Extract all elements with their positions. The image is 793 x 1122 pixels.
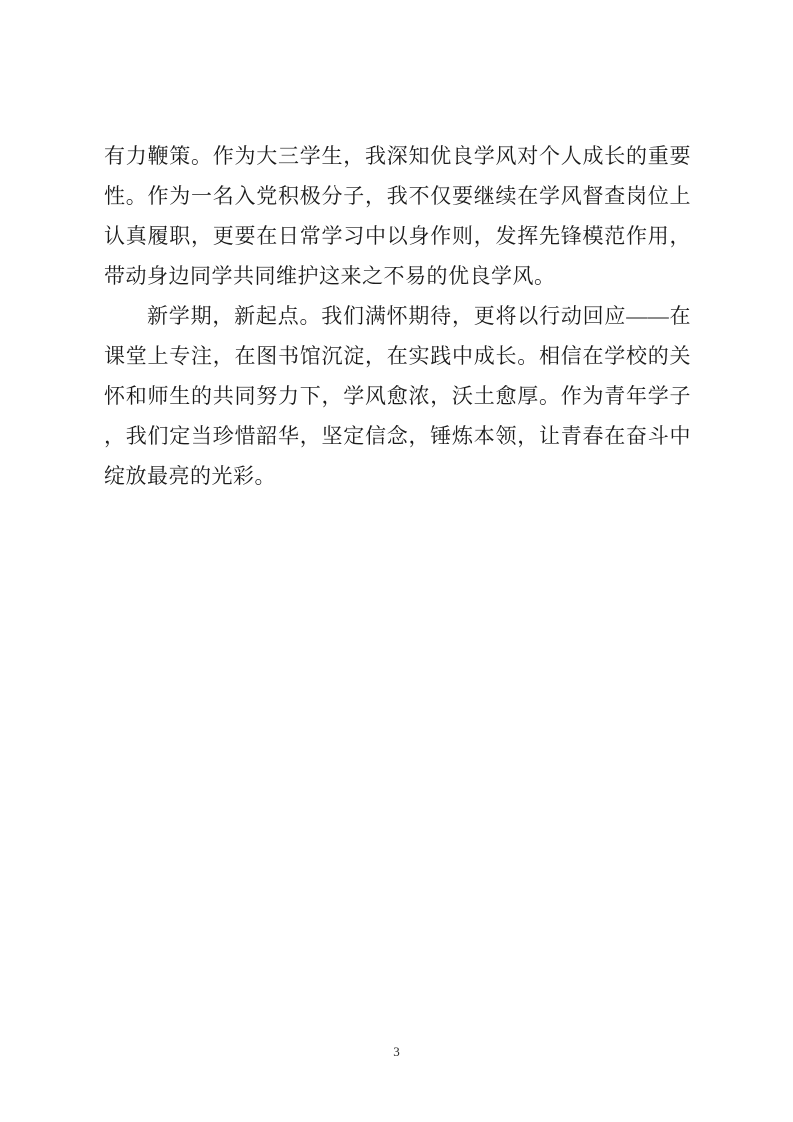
page-number: 3 xyxy=(393,1044,400,1059)
text-line: 性。作为一名入党积极分子，我不仅要继续在学风督查岗位上 xyxy=(104,176,691,216)
text-line: 认真履职，更要在日常学习中以身作则，发挥先锋模范作用， xyxy=(104,216,691,256)
text-line: 带动身边同学共同维护这来之不易的优良学风。 xyxy=(104,256,691,296)
text-line: 课堂上专注，在图书馆沉淀，在实践中成长。相信在学校的关 xyxy=(104,336,691,376)
text-line: 怀和师生的共同努力下，学风愈浓，沃土愈厚。作为青年学子 xyxy=(104,376,691,416)
document-body: 有力鞭策。作为大三学生，我深知优良学风对个人成长的重要 性。作为一名入党积极分子… xyxy=(104,136,691,496)
text-line: ，我们定当珍惜韶华，坚定信念，锤炼本领，让青春在奋斗中 xyxy=(104,416,691,456)
text-line: 有力鞭策。作为大三学生，我深知优良学风对个人成长的重要 xyxy=(104,136,691,176)
document-page: 有力鞭策。作为大三学生，我深知优良学风对个人成长的重要 性。作为一名入党积极分子… xyxy=(0,0,793,1122)
text-line: 新学期，新起点。我们满怀期待，更将以行动回应——在 xyxy=(104,296,691,336)
page-footer: 3 xyxy=(0,1043,793,1061)
text-line: 绽放最亮的光彩。 xyxy=(104,456,691,496)
